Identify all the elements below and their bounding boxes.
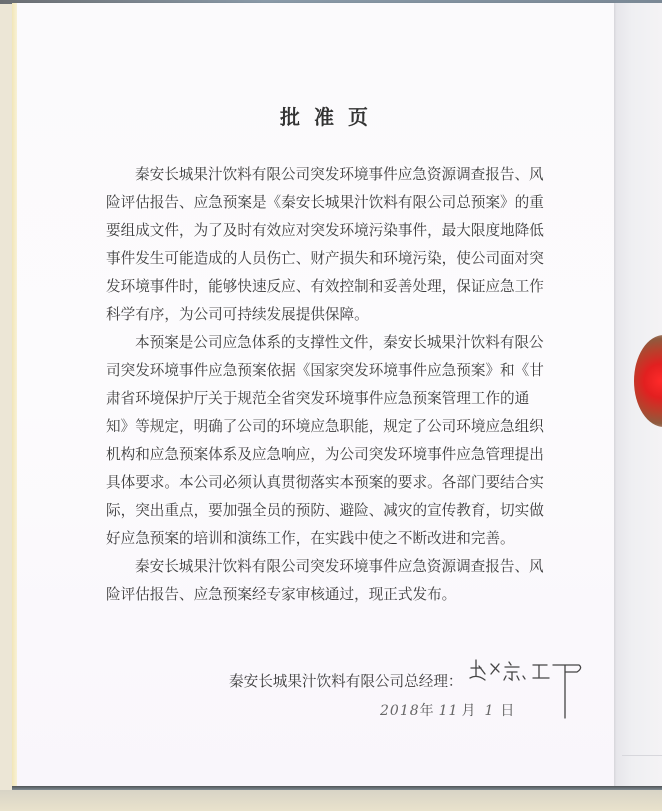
text-line: 司突发环境事件应急预案依据《国家突发环境事件应急预案》和《甘 (106, 357, 550, 385)
text-line: 险评估报告、应急预案经专家审核通过，现正式发布。 (106, 581, 550, 609)
text-line: 机构和应急预案体系及应急响应，为公司突发环境事件应急管理提出 (106, 441, 550, 469)
paragraph-2: 本预案是公司应急体系的支撑性文件，秦安长城果汁饮料有限公 司突发环境事件应急预案… (106, 329, 550, 553)
text-line: 要组成文件，为了及时有效应对突发环境污染事件，最大限度地降低 (106, 217, 550, 245)
text-line: 际，突出重点，要加强全员的预防、避险、减灾的宣传教育，切实做 (106, 497, 550, 525)
document-body: 秦安长城果汁饮料有限公司突发环境事件应急资源调查报告、风 险评估报告、应急预案是… (106, 161, 550, 609)
text-line: 事件发生可能造成的人员伤亡、财产损失和环境污染，使公司面对突 (106, 245, 550, 273)
date-year-unit: 年 (420, 703, 435, 719)
date-month: 11 (439, 703, 459, 719)
text-line: 险评估报告、应急预案是《秦安长城果汁饮料有限公司总预案》的重 (106, 189, 550, 217)
signature-block: 秦安长城果汁饮料有限公司总经理： (229, 670, 463, 691)
page-title: 批准页 (0, 101, 662, 130)
text-line: 秦安长城果汁饮料有限公司突发环境事件应急资源调查报告、风 (106, 161, 550, 189)
underlying-page-rule (622, 755, 662, 756)
paragraph-1: 秦安长城果汁饮料有限公司突发环境事件应急资源调查报告、风 险评估报告、应急预案是… (106, 161, 550, 329)
text-line: 发环境事件时，能够快速反应、有效控制和妥善处理，保证应急工作 (106, 273, 550, 301)
text-line: 秦安长城果汁饮料有限公司突发环境事件应急资源调查报告、风 (106, 553, 550, 581)
date-year: 2018 (380, 703, 420, 719)
text-line: 好应急预案的培训和演练工作，在实践中使之不断改进和完善。 (106, 525, 550, 553)
text-line: 本预案是公司应急体系的支撑性文件，秦安长城果汁饮料有限公 (106, 329, 550, 357)
signatory-label: 秦安长城果汁饮料有限公司总经理： (229, 670, 463, 691)
text-line: 肃省环境保护厅关于规范全省突发环境事件应急预案管理工作的通 (106, 385, 550, 413)
scan-bottom-strip (0, 790, 662, 811)
signature-date: 2018年11月1日 (380, 700, 515, 720)
paragraph-3: 秦安长城果汁饮料有限公司突发环境事件应急资源调查报告、风 险评估报告、应急预案经… (106, 553, 550, 609)
date-day-unit: 日 (500, 703, 515, 719)
text-line: 科学有序，为公司可持续发展提供保障。 (106, 301, 550, 329)
text-line: 具体要求。本公司必须认真贯彻落实本预案的要求。各部门要结合实 (106, 469, 550, 497)
text-line: 知》等规定，明确了公司的环境应急职能，规定了公司环境应急组织 (106, 413, 550, 441)
date-month-unit: 月 (461, 703, 476, 719)
date-day: 1 (484, 703, 494, 719)
